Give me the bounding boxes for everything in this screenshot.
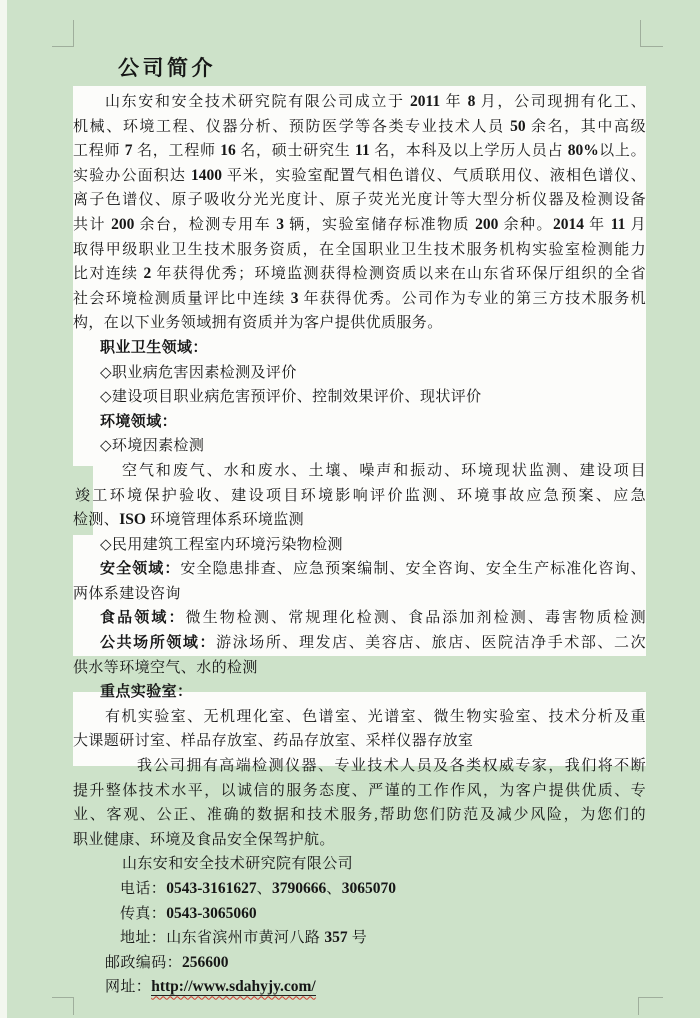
document-line: 传真：0543-3065060 [73, 902, 646, 927]
margin-crop-mark-top-left [52, 20, 74, 47]
document-line: 取得甲级职业卫生技术服务资质，在全国职业卫生技术服务机构实验室检测能力 [73, 238, 646, 263]
document-line: 山东安和安全技术研究院有限公司 [73, 852, 646, 877]
numeric-text: 200 [111, 216, 134, 233]
numeric-text: 2 [144, 265, 152, 282]
document-line: ◇建设项目职业病危害预评价、控制效果评价、现状评价 [73, 385, 646, 410]
numeric-text: 11 [355, 142, 370, 159]
scan-edge-strip [0, 0, 7, 1018]
document-line: 邮政编码：256600 [73, 951, 646, 976]
numeric-text: 3790666 [272, 880, 326, 897]
document-line: 安全领域：安全隐患排查、应急预案编制、安全咨询、安全生产标准化咨询、 [73, 557, 646, 582]
document-line: ◇职业病危害因素检测及评价 [73, 361, 646, 386]
document-line: 两体系建设咨询 [73, 582, 646, 607]
document-line: 工程师 7 名，工程师 16 名，硕士研究生 11 名，本科及以上学历人员占 8… [73, 139, 646, 164]
document-line: 构，在以下业务领域拥有资质并为客户提供优质服务。 [73, 311, 646, 336]
numeric-text: 256600 [182, 954, 229, 971]
document-body: 山东安和安全技术研究院有限公司成立于 2011 年 8 月，公司现拥有化工、机械… [73, 90, 646, 1000]
document-line: 我公司拥有高端检测仪器、专业技术人员及各类权威专家，我们将不断 [73, 754, 646, 779]
numeric-text: 200 [475, 216, 498, 233]
document-line: 提升整体技术水平，以诚信的服务态度、严谨的工作作风，为客户提供优质、专 [73, 779, 646, 804]
document-line: 大课题研讨室、样品存放室、药品存放室、采样仪器存放室 [73, 729, 646, 754]
document-line: 公共场所领域：游泳场所、理发店、美容店、旅店、医院洁净手术部、二次 [73, 631, 646, 656]
document-line: 重点实验室： [73, 680, 646, 705]
document-line: 职业卫生领域： [73, 336, 646, 361]
numeric-text: 3065070 [342, 880, 396, 897]
document-line: 实验办公面积达 1400 平米，实验室配置气相色谱仪、气质联用仪、液相色谱仪、 [73, 164, 646, 189]
document-line: 竣工环境保护验收、建设项目环境影响评价监测、环境事故应急预案、应急 [73, 484, 646, 509]
document-line: 比对连续 2 年获得优秀；环境监测获得检测资质以来在山东省环保厅组织的全省 [73, 262, 646, 287]
document-line: 电话：0543-3161627、3790666、3065070 [73, 877, 646, 902]
document-line: 地址：山东省滨州市黄河八路 357 号 [73, 926, 646, 951]
section-label: 环境领域： [100, 414, 177, 430]
website-link[interactable]: http://www.sdahyjy.com/ [151, 978, 316, 996]
document-page: 公司简介 山东安和安全技术研究院有限公司成立于 2011 年 8 月，公司现拥有… [0, 0, 700, 1018]
numeric-text: 0543-3065060 [166, 905, 256, 922]
document-line: 共计 200 余台，检测专用车 3 辆，实验室储存标准物质 200 余种。201… [73, 213, 646, 238]
numeric-text: 11 [611, 216, 626, 233]
numeric-text: 8 [468, 93, 476, 110]
document-line: 网址：http://www.sdahyjy.com/ [73, 975, 646, 1000]
numeric-text: 2014 [553, 216, 584, 233]
document-line: 环境领域： [73, 410, 646, 435]
numeric-text: 50 [510, 118, 526, 135]
numeric-text: 2011 [410, 93, 440, 110]
document-line: 社会环境检测质量评比中连续 3 年获得优秀。公司作为专业的第三方技术服务机 [73, 287, 646, 312]
document-line: 空气和废气、水和废水、土壤、噪声和振动、环境现状监测、建设项目 [73, 459, 646, 484]
margin-crop-mark-bottom-left [52, 997, 74, 1015]
numeric-text: ISO [119, 511, 146, 528]
document-line: 山东安和安全技术研究院有限公司成立于 2011 年 8 月，公司现拥有化工、 [73, 90, 646, 115]
document-line: 业、客观、公正、准确的数据和技术服务,帮助您们防范及减少风险，为您们的 [73, 803, 646, 828]
section-label: 安全领域： [100, 561, 180, 577]
numeric-text: 0543-3161627 [166, 880, 256, 897]
numeric-text: 357 [324, 929, 347, 946]
document-line: ◇民用建筑工程室内环境污染物检测 [73, 533, 646, 558]
section-label: 职业卫生领域： [100, 340, 208, 356]
numeric-text: 3 [276, 216, 284, 233]
document-line: 食品领域：微生物检测、常规理化检测、食品添加剂检测、毒害物质检测 [73, 606, 646, 631]
numeric-text: 80% [568, 142, 599, 159]
margin-crop-mark-top-right [640, 20, 663, 47]
document-line: 职业健康、环境及食品安全保驾护航。 [73, 828, 646, 853]
document-line: 机械、环境工程、仪器分析、预防医学等各类专业技术人员 50 余名，其中高级 [73, 115, 646, 140]
document-line: 离子色谱仪、原子吸收分光光度计、原子荧光光度计等大型分析仪器及检测设备 [73, 188, 646, 213]
document-line: 有机实验室、无机理化室、色谱室、光谱室、微生物实验室、技术分析及重 [73, 705, 646, 730]
document-line: 供水等环境空气、水的检测 [73, 656, 646, 681]
document-line: ◇环境因素检测 [73, 434, 646, 459]
section-label: 公共场所领域： [100, 635, 216, 651]
numeric-text: 3 [291, 290, 299, 307]
section-label: 重点实验室： [100, 684, 192, 700]
numeric-text: 16 [220, 142, 236, 159]
numeric-text: 7 [125, 142, 133, 159]
section-label: 食品领域： [100, 610, 186, 626]
document-line: 检测、ISO 环境管理体系环境监测 [73, 508, 646, 533]
page-title: 公司简介 [118, 52, 216, 82]
numeric-text: 1400 [191, 167, 222, 184]
